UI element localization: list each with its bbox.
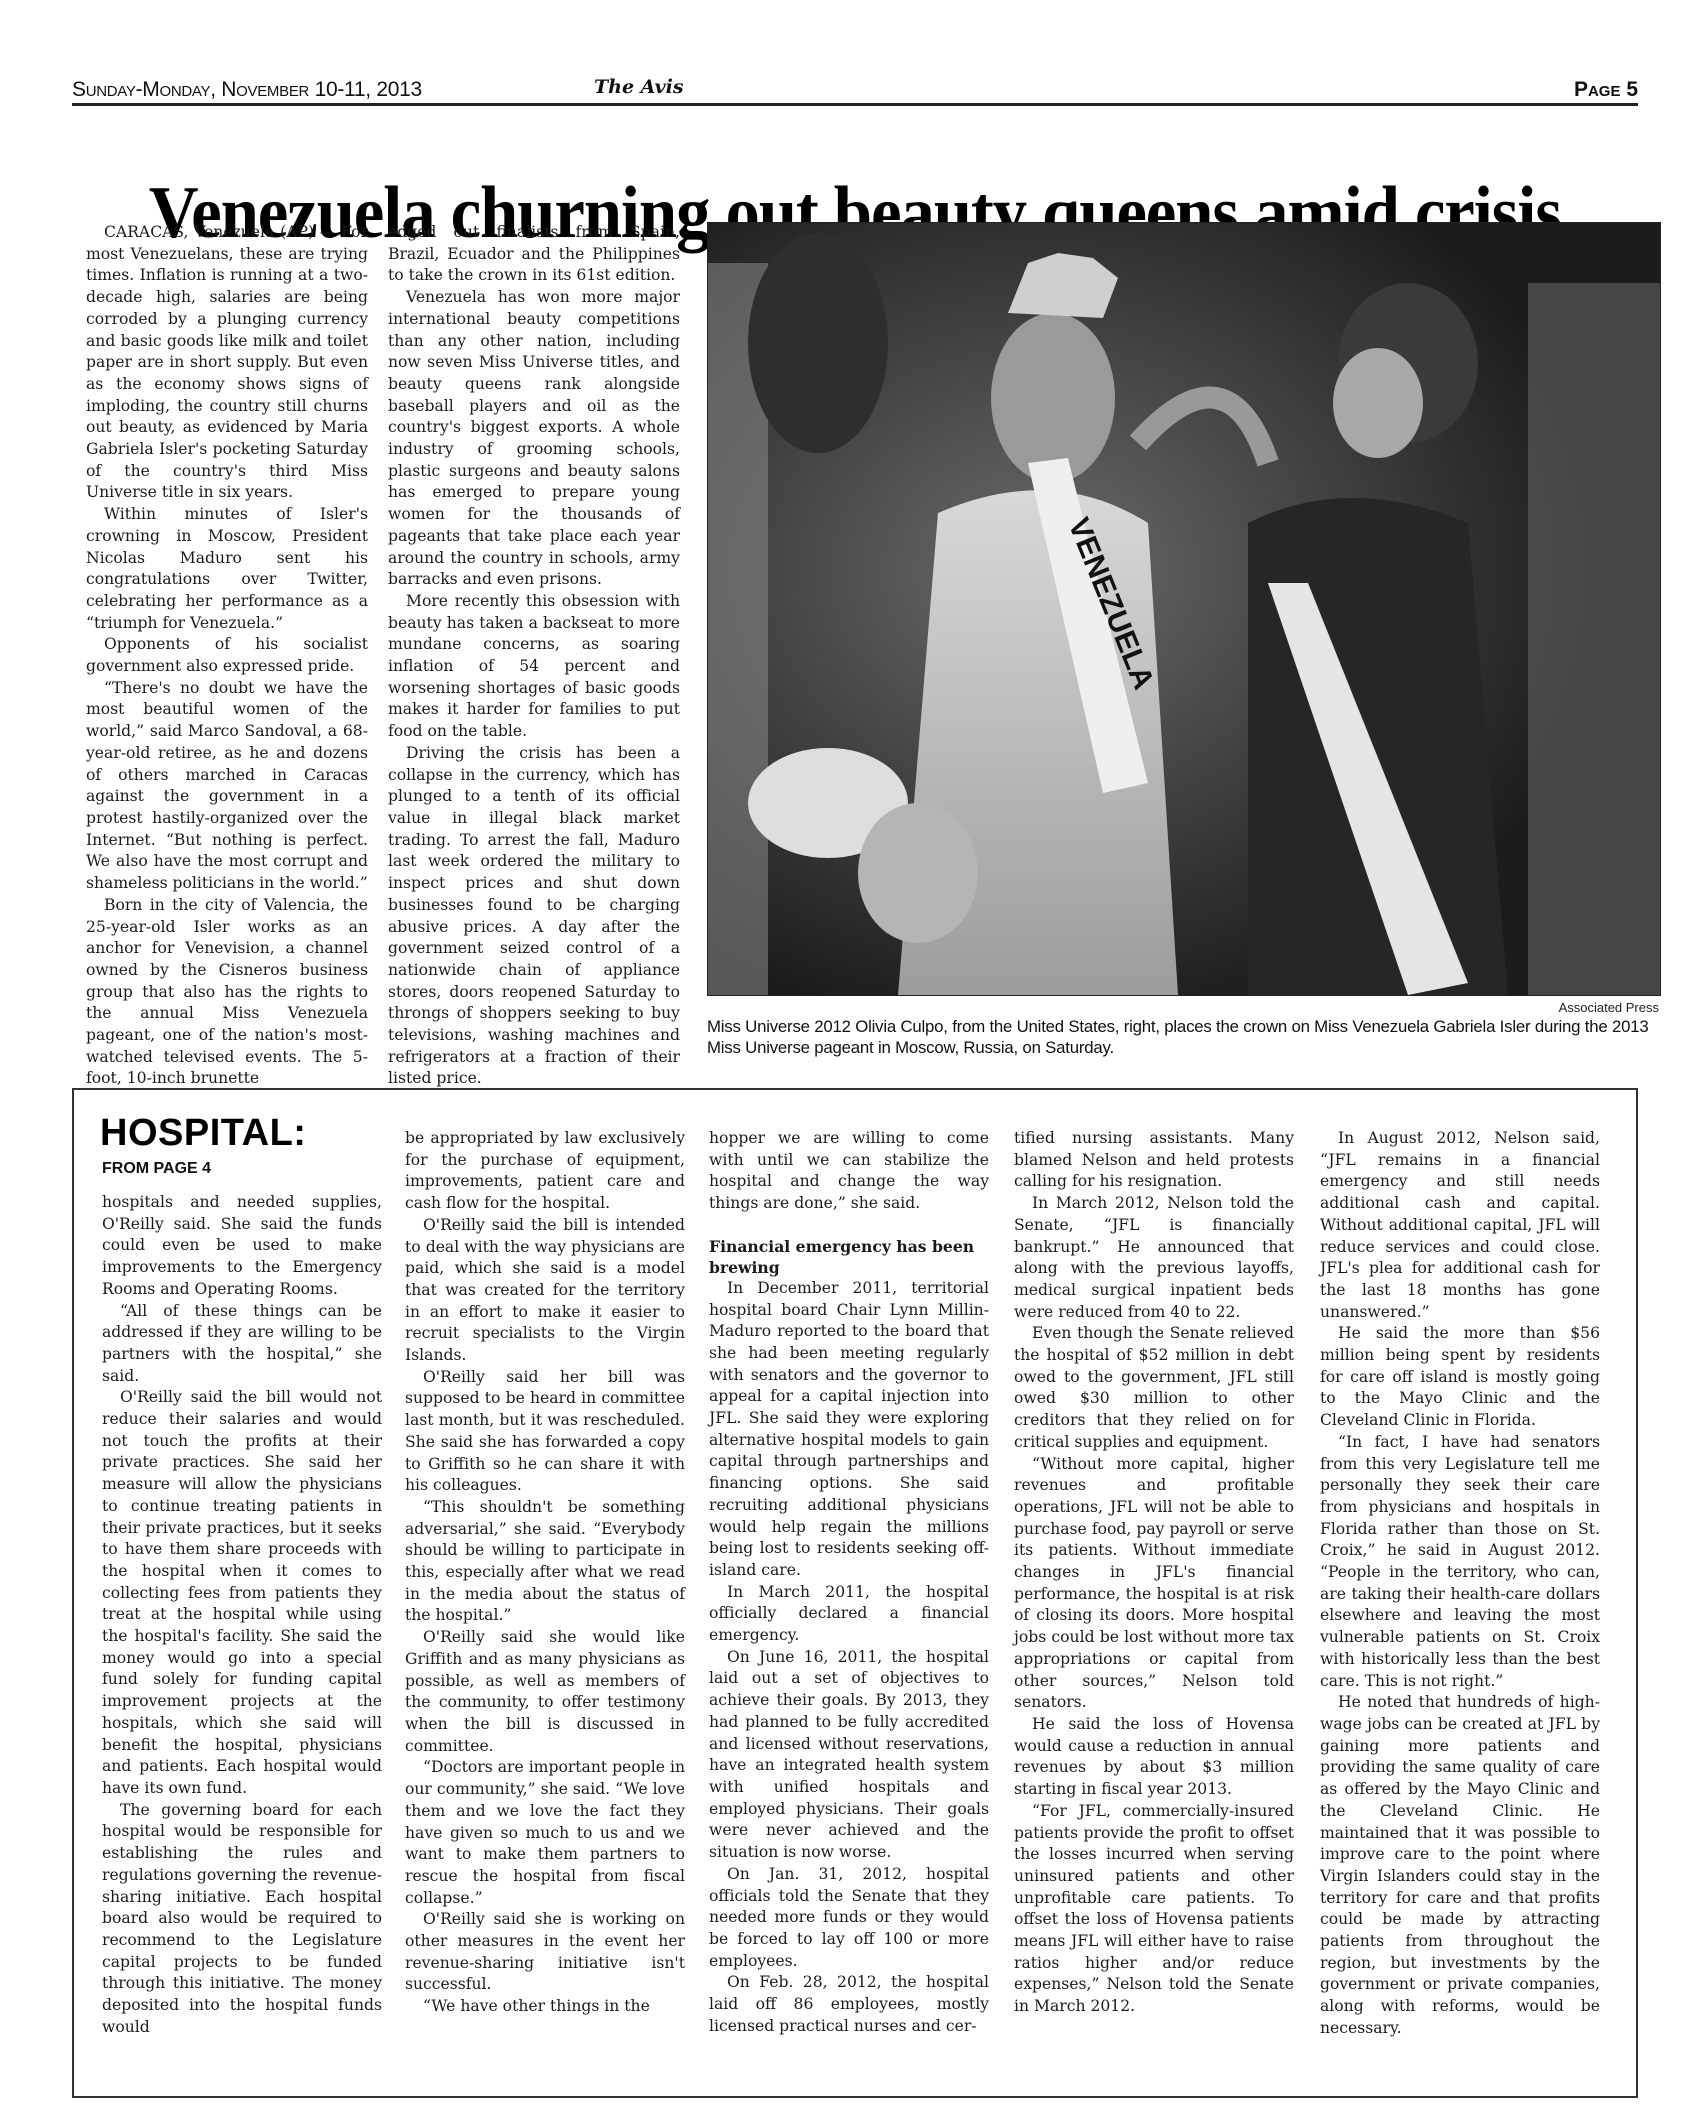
paragraph: On Feb. 28, 2012, the hospital laid off … bbox=[709, 1972, 989, 2037]
masthead-rule bbox=[72, 103, 1638, 106]
paragraph: In March 2012, Nelson told the Senate, “… bbox=[1014, 1193, 1294, 1323]
paragraph: On Jan. 31, 2012, hospital officials tol… bbox=[709, 1864, 989, 1973]
paragraph: “Doctors are important people in our com… bbox=[405, 1757, 685, 1909]
paragraph: Venezuela has won more major internation… bbox=[388, 287, 680, 591]
jump-column-3: hopper we are willing to come with until… bbox=[709, 1128, 989, 2037]
paragraph: O'Reilly said she is working on other me… bbox=[405, 1909, 685, 1996]
paragraph: “We have other things in the bbox=[405, 1996, 685, 2018]
jump-column-5: In August 2012, Nelson said, “JFL remain… bbox=[1320, 1128, 1600, 2040]
issue-date: Sunday-Monday, November 10-11, 2013 bbox=[72, 78, 422, 102]
jump-column-2: be appropriated by law exclusively for t… bbox=[405, 1128, 685, 2018]
jump-column-1: hospitals and needed supplies, O'Reilly … bbox=[102, 1192, 382, 2038]
newspaper-page: Sunday-Monday, November 10-11, 2013 The … bbox=[0, 0, 1704, 2122]
pageant-photo-illustration: VENEZUELA bbox=[708, 223, 1660, 995]
paragraph: “Without more capital, higher revenues a… bbox=[1014, 1454, 1294, 1714]
paragraph: He said the more than $56 million being … bbox=[1320, 1323, 1600, 1432]
paragraph: Within minutes of Isler's crowning in Mo… bbox=[86, 504, 368, 634]
subhead: Financial emergency has been brewing bbox=[709, 1236, 989, 1278]
paragraph: CARACAS, Venezuela (AP) — For most Venez… bbox=[86, 222, 368, 504]
photo-credit: Associated Press bbox=[707, 1000, 1659, 1015]
paragraph: In August 2012, Nelson said, “JFL remain… bbox=[1320, 1128, 1600, 1323]
paragraph: Born in the city of Valencia, the 25-yea… bbox=[86, 895, 368, 1090]
lead-column-2: edged out finalists from Spain, Brazil, … bbox=[388, 222, 680, 1090]
paragraph: “There's no doubt we have the most beaut… bbox=[86, 678, 368, 895]
paragraph: edged out finalists from Spain, Brazil, … bbox=[388, 222, 680, 287]
paper-name: The Avis bbox=[594, 76, 684, 98]
paragraph: He noted that hundreds of high-wage jobs… bbox=[1320, 1692, 1600, 2039]
paragraph: O'Reilly said she would like Griffith an… bbox=[405, 1627, 685, 1757]
paragraph: O'Reilly said the bill would not reduce … bbox=[102, 1387, 382, 1799]
paragraph: be appropriated by law exclusively for t… bbox=[405, 1128, 685, 1215]
lead-column-1: CARACAS, Venezuela (AP) — For most Venez… bbox=[86, 222, 368, 1090]
paragraph: He said the loss of Hovensa would cause … bbox=[1014, 1714, 1294, 1801]
jump-from-page: FROM PAGE 4 bbox=[102, 1160, 211, 1178]
paragraph: O'Reilly said the bill is intended to de… bbox=[405, 1215, 685, 1367]
paragraph: Even though the Senate relieved the hosp… bbox=[1014, 1323, 1294, 1453]
paragraph: tified nursing assistants. Many blamed N… bbox=[1014, 1128, 1294, 1193]
jump-kicker: HOSPITAL: bbox=[100, 1112, 306, 1155]
paragraph: Opponents of his socialist government al… bbox=[86, 634, 368, 677]
jump-column-4: tified nursing assistants. Many blamed N… bbox=[1014, 1128, 1294, 2018]
paragraph: Driving the crisis has been a collapse i… bbox=[388, 743, 680, 1090]
paragraph: In December 2011, territorial hospital b… bbox=[709, 1278, 989, 1582]
paragraph: “All of these things can be addressed if… bbox=[102, 1301, 382, 1388]
news-photo: VENEZUELA bbox=[707, 222, 1661, 996]
photo-caption: Miss Universe 2012 Olivia Culpo, from th… bbox=[707, 1016, 1667, 1058]
paragraph: “For JFL, commercially-insured patients … bbox=[1014, 1801, 1294, 2018]
paragraph: “In fact, I have had senators from this … bbox=[1320, 1432, 1600, 1692]
masthead: Sunday-Monday, November 10-11, 2013 The … bbox=[72, 74, 1638, 104]
paragraph: In March 2011, the hospital officially d… bbox=[709, 1582, 989, 1647]
page-number: Page 5 bbox=[1574, 78, 1638, 102]
paragraph: More recently this obsession with beauty… bbox=[388, 591, 680, 743]
paragraph: hopper we are willing to come with until… bbox=[709, 1128, 989, 1215]
paragraph: “This shouldn't be something adversarial… bbox=[405, 1497, 685, 1627]
paragraph: The governing board for each hospital wo… bbox=[102, 1800, 382, 2039]
paragraph: hospitals and needed supplies, O'Reilly … bbox=[102, 1192, 382, 1301]
paragraph: On June 16, 2011, the hospital laid out … bbox=[709, 1647, 989, 1864]
paragraph: O'Reilly said her bill was supposed to b… bbox=[405, 1367, 685, 1497]
